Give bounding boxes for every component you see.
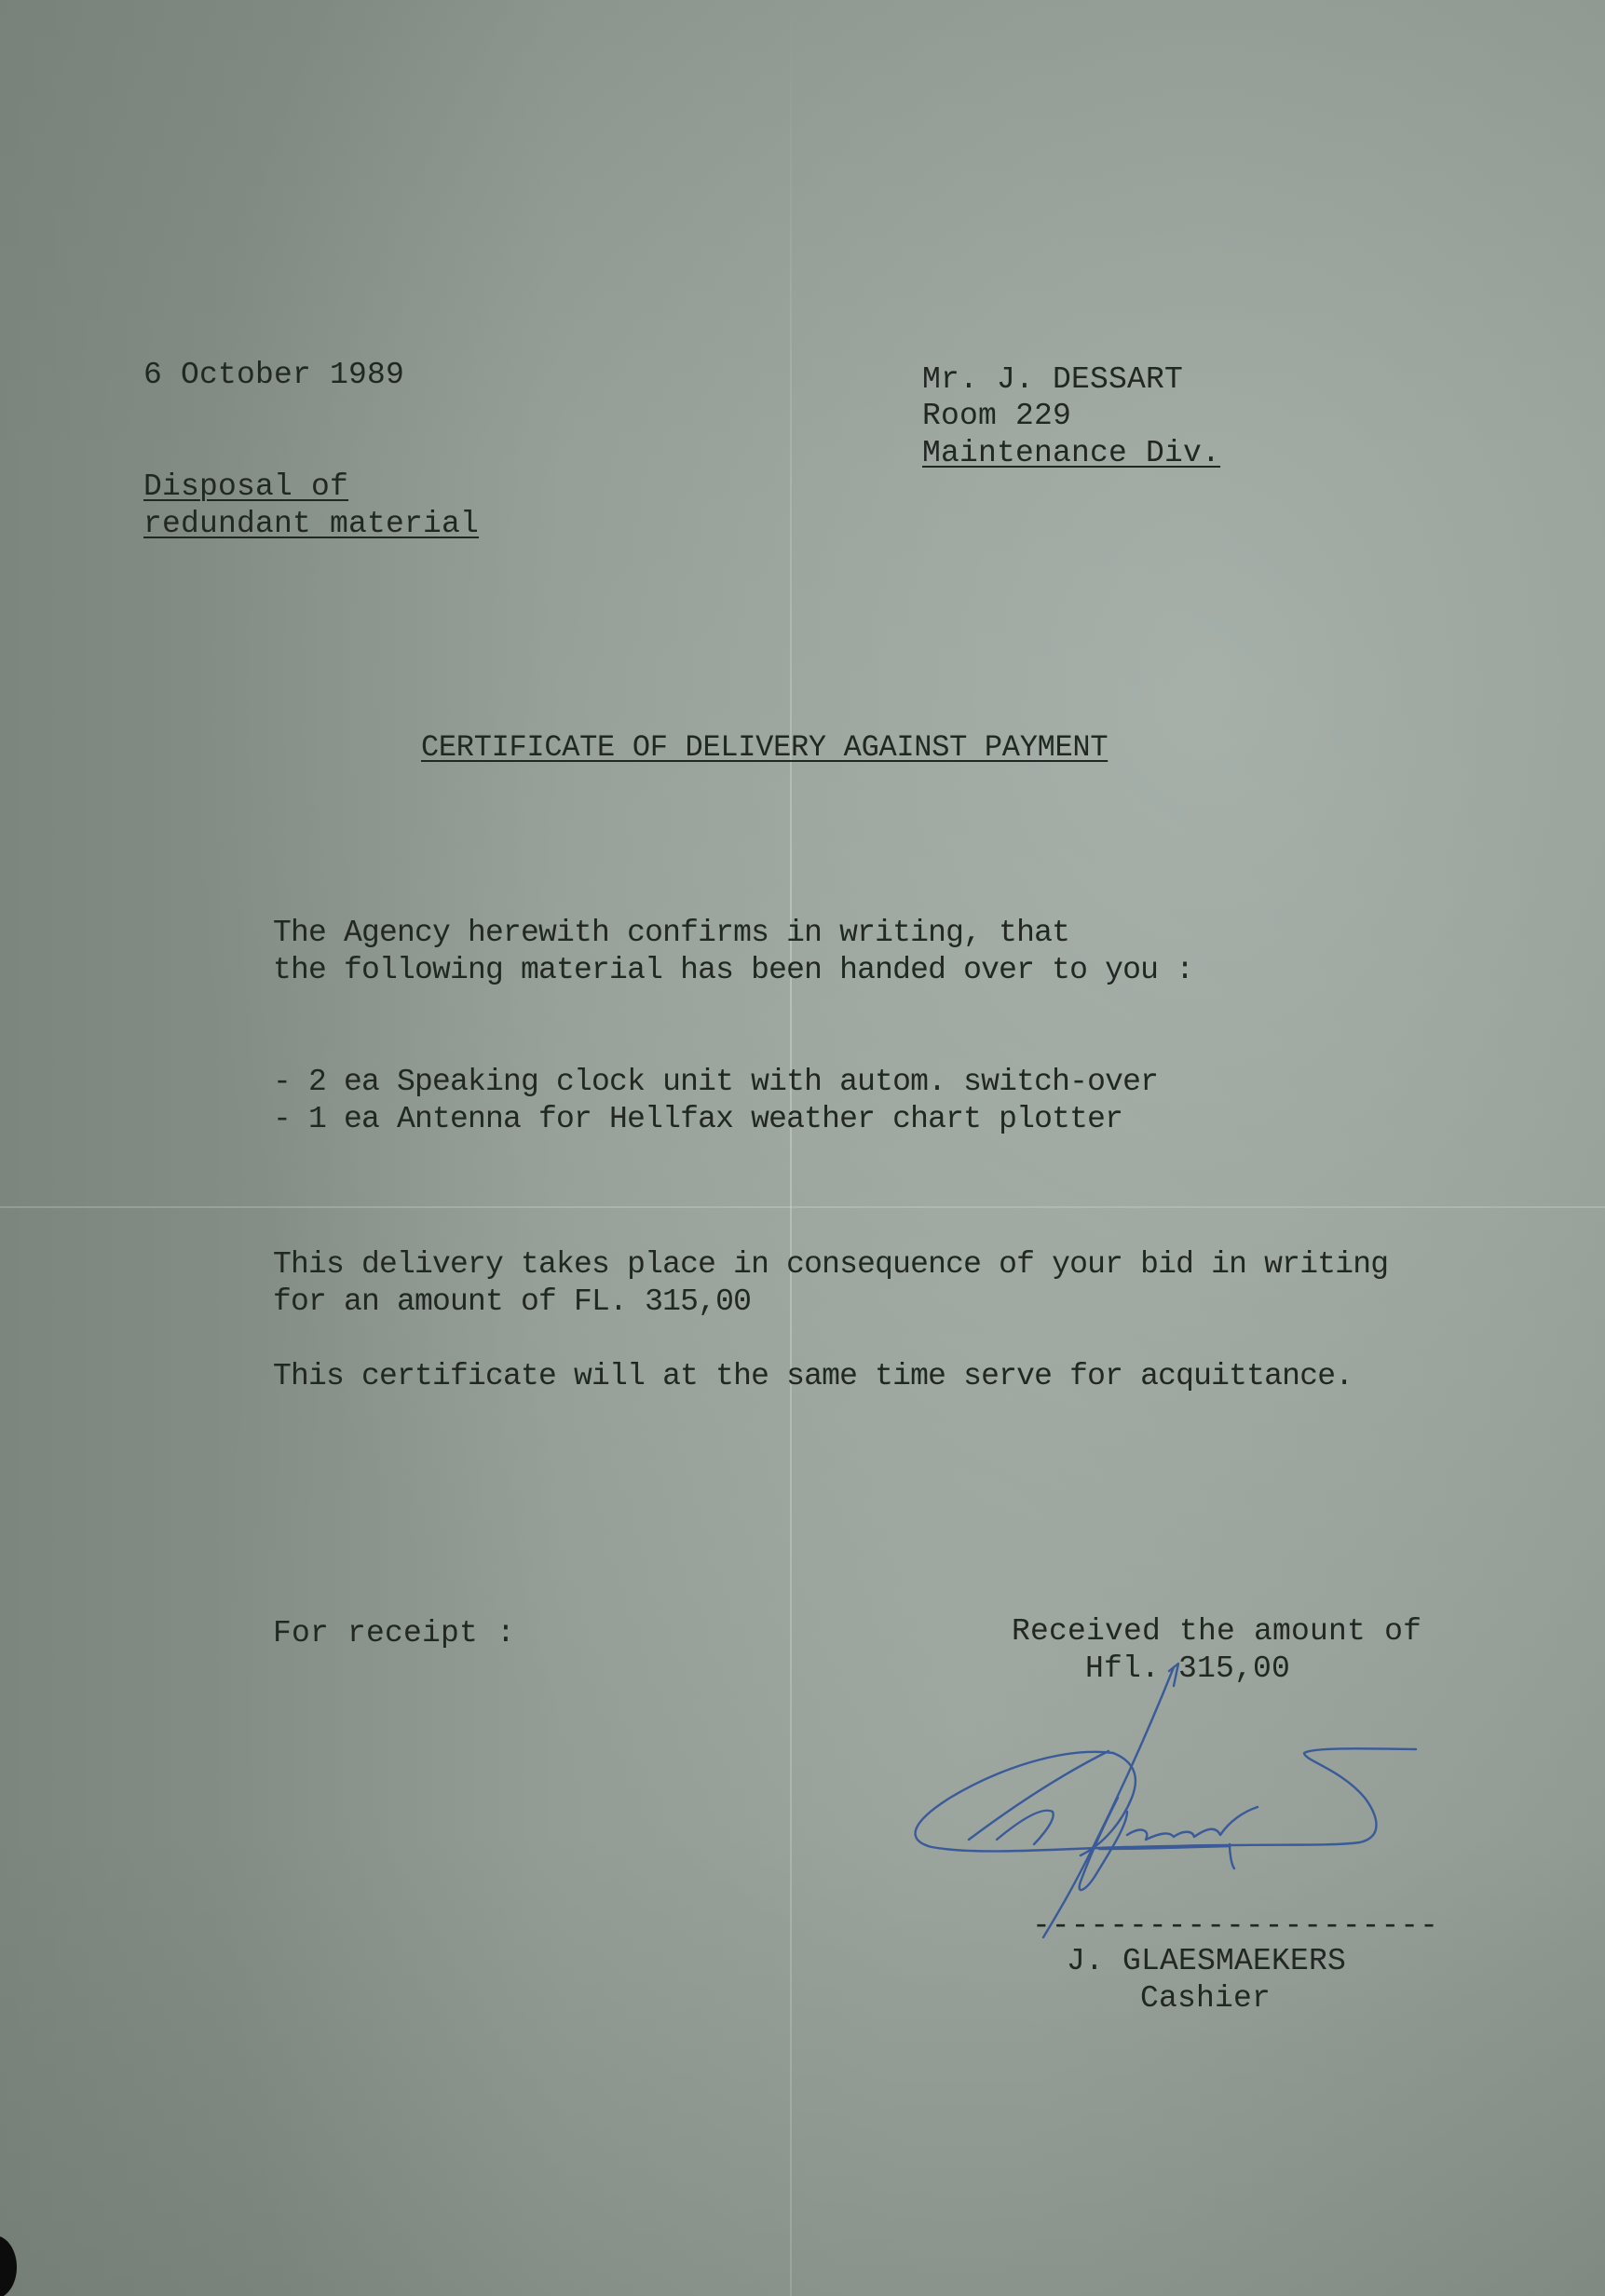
signature-line: ---------------------: [1032, 1908, 1439, 1945]
receipt-label: For receipt :: [273, 1615, 515, 1652]
list-item: - 2 ea Speaking clock unit with autom. s…: [273, 1064, 1158, 1101]
received-label: Received the amount of: [1012, 1613, 1421, 1651]
delivery-line-1: This delivery takes place in consequence…: [273, 1246, 1388, 1284]
document-title: CERTIFICATE OF DELIVERY AGAINST PAYMENT: [421, 729, 1108, 767]
punch-hole: [0, 2235, 17, 2296]
signatory-title: Cashier: [1140, 1980, 1271, 2017]
intro-line-2: the following material has been handed o…: [273, 952, 1193, 989]
paper-fold-vertical: [790, 0, 792, 2296]
letter-date: 6 October 1989: [143, 357, 404, 394]
recipient-name: Mr. J. DESSART: [922, 361, 1183, 399]
paper-fold-horizontal: [0, 1206, 1605, 1208]
delivery-line-2: for an amount of FL. 315,00: [273, 1284, 751, 1321]
acquittance-statement: This certificate will at the same time s…: [273, 1358, 1353, 1395]
recipient-room: Room 229: [922, 398, 1071, 435]
signatory-name: J. GLAESMAEKERS: [1067, 1943, 1346, 1980]
intro-line-1: The Agency herewith confirms in writing,…: [273, 915, 1069, 952]
list-item: - 1 ea Antenna for Hellfax weather chart…: [273, 1101, 1122, 1138]
subject-line-1: Disposal of: [143, 469, 348, 506]
recipient-division: Maintenance Div.: [922, 435, 1220, 472]
subject-line-2: redundant material: [143, 506, 479, 543]
